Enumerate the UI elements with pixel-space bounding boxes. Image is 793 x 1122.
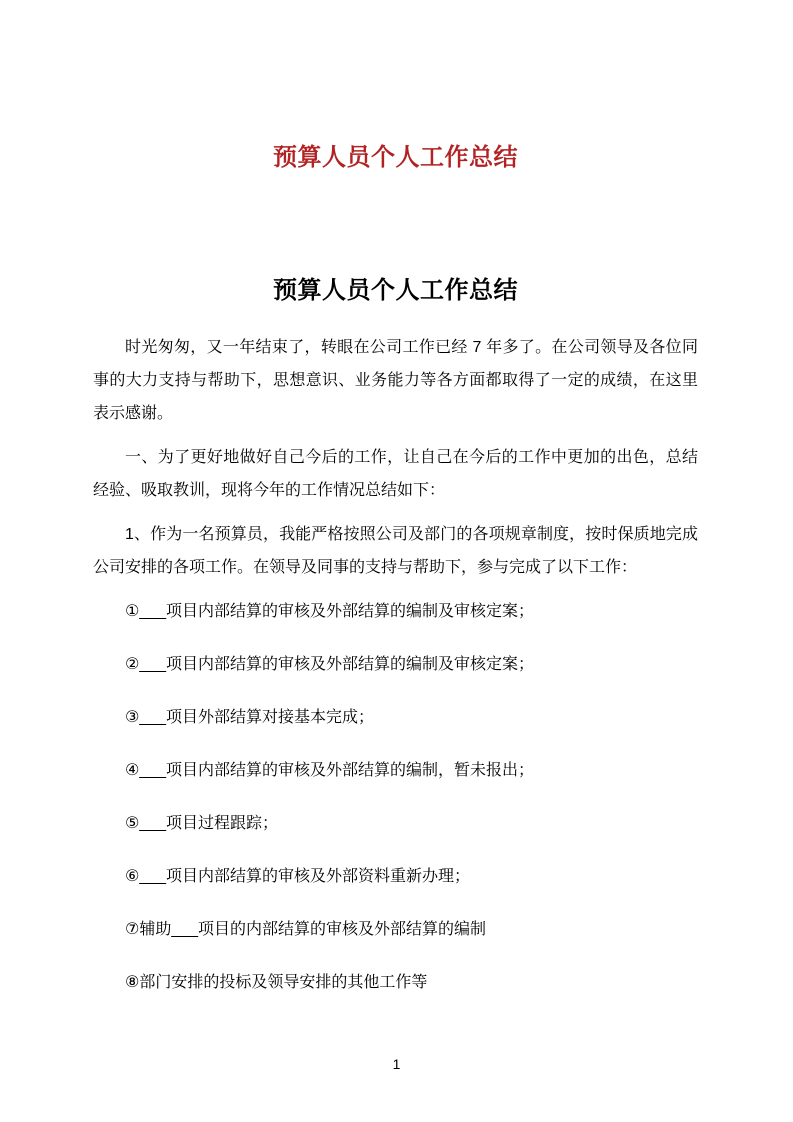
list-item-1: ①___项目内部结算的审核及外部结算的编制及审核定案； xyxy=(93,595,698,628)
list-item-6: ⑥___项目内部结算的审核及外部资料重新办理； xyxy=(93,860,698,893)
document-main-title: 预算人员个人工作总结 xyxy=(93,274,698,307)
list-item-3: ③___项目外部结算对接基本完成； xyxy=(93,701,698,734)
paragraph-section-one: 一、为了更好地做好自己今后的工作，让自己在今后的工作中更加的出色，总结经验、吸取… xyxy=(93,441,698,507)
page-number: 1 xyxy=(0,1056,793,1072)
document-page: 预算人员个人工作总结 预算人员个人工作总结 时光匆匆，又一年结束了，转眼在公司工… xyxy=(0,0,793,1122)
list-item-2: ②___项目内部结算的审核及外部结算的编制及审核定案； xyxy=(93,648,698,681)
document-top-title: 预算人员个人工作总结 xyxy=(93,141,698,174)
list-item-5: ⑤___项目过程跟踪； xyxy=(93,807,698,840)
list-item-7: ⑦辅助___项目的内部结算的审核及外部结算的编制 xyxy=(93,913,698,946)
paragraph-point-one: 1、作为一名预算员，我能严格按照公司及部门的各项规章制度，按时保质地完成公司安排… xyxy=(93,518,698,584)
list-item-4: ④___项目内部结算的审核及外部结算的编制，暂未报出； xyxy=(93,754,698,787)
list-item-8: ⑧部门安排的投标及领导安排的其他工作等 xyxy=(93,966,698,999)
paragraph-intro: 时光匆匆，又一年结束了，转眼在公司工作已经 7 年多了。在公司领导及各位同事的大… xyxy=(93,331,698,430)
